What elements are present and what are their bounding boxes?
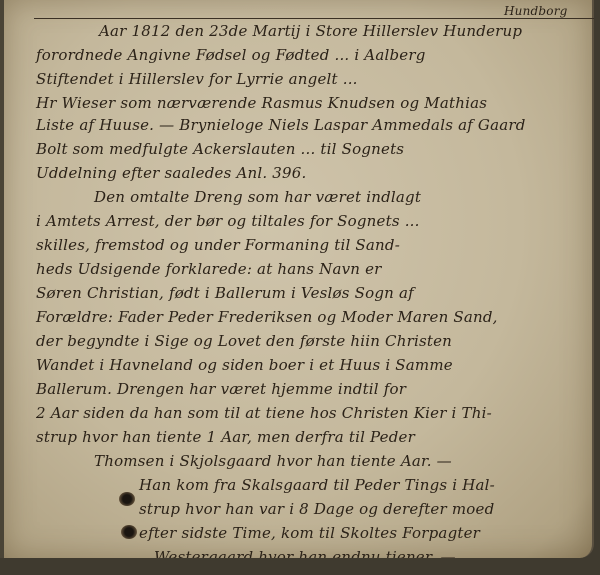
handwritten-line: Wandet i Havneland og siden boer i et Hu… (36, 356, 453, 374)
handwritten-line: Hr Wieser som nærværende Rasmus Knudsen … (36, 94, 487, 112)
manuscript-page: Aar 1812 den 23de Martij i Store Hillers… (4, 0, 594, 558)
header-rule (34, 18, 594, 19)
handwritten-line: Aar 1812 den 23de Martij i Store Hillers… (99, 22, 522, 40)
binding-hole-1 (119, 492, 135, 506)
handwritten-line: heds Udsigende forklarede: at hans Navn … (36, 260, 382, 278)
handwritten-line: Forældre: Fader Peder Frederiksen og Mod… (36, 308, 498, 326)
handwritten-line: Han kom fra Skalsgaard til Peder Tings i… (139, 476, 495, 494)
handwritten-line: Bolt som medfulgte Ackerslauten ... til … (36, 140, 404, 158)
handwritten-line: der begyndte i Sige og Lovet den første … (36, 332, 452, 350)
margin-note: Hundborg (504, 4, 568, 18)
handwritten-line: forordnede Angivne Fødsel og Fødted ... … (36, 46, 426, 64)
handwritten-line: Den omtalte Dreng som har været indlagt (94, 188, 421, 206)
handwritten-line: efter sidste Time, kom til Skoltes Forpa… (139, 524, 480, 542)
handwritten-line: skilles, fremstod og under Formaning til… (36, 236, 400, 254)
handwritten-line: Stiftendet i Hillerslev for Lyrrie angel… (36, 70, 358, 88)
handwritten-line: i Amtets Arrest, der bør og tiltales for… (36, 212, 420, 230)
handwritten-line: Uddelning efter saaledes Anl. 396. (36, 164, 307, 182)
scan-background (0, 558, 600, 575)
handwritten-line: strup hvor han var i 8 Dage og derefter … (139, 500, 494, 518)
handwritten-line: strup hvor han tiente 1 Aar, men derfra … (36, 428, 415, 446)
handwritten-line: Liste af Huuse. — Brynieloge Niels Laspa… (36, 116, 526, 134)
handwritten-line: Thomsen i Skjolsgaard hvor han tiente Aa… (94, 452, 452, 470)
handwritten-line: Søren Christian, født i Ballerum i Veslø… (36, 284, 414, 302)
handwritten-line: 2 Aar siden da han som til at tiene hos … (36, 404, 492, 422)
binding-hole-2 (121, 525, 137, 539)
handwritten-line: Ballerum. Drengen har været hjemme indti… (36, 380, 406, 398)
